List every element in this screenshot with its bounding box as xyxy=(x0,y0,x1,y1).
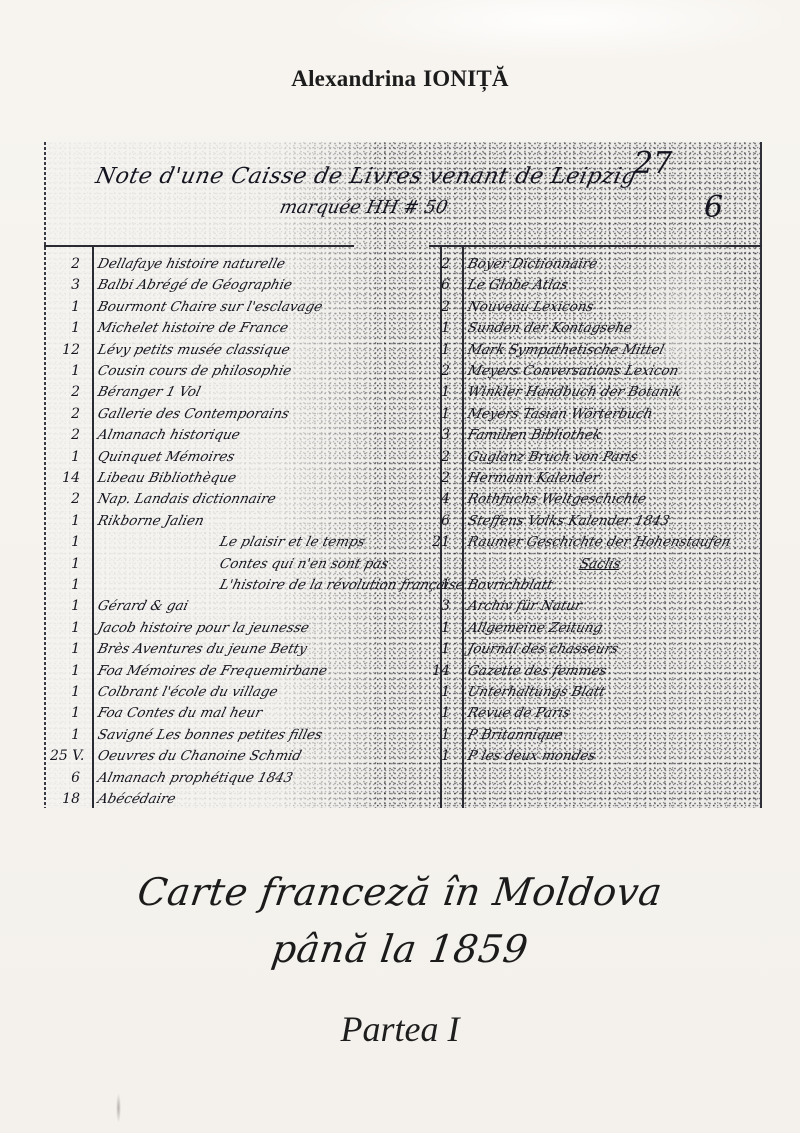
manuscript-row: 1Jacob histoire pour la jeunesse xyxy=(50,612,307,636)
manuscript-row: 1Winkler Handbuch der Botanik xyxy=(420,376,679,400)
book-title-line-1: Carte franceză în Moldova xyxy=(0,870,800,914)
scan-border-left xyxy=(44,142,46,808)
row-quantity: 1 xyxy=(420,748,458,764)
row-quantity: 18 xyxy=(50,791,88,807)
manuscript-row: 2Dellafaye histoire naturelle xyxy=(50,248,283,272)
manuscript-heading: Note d'une Caisse de Livres venant de Le… xyxy=(93,164,639,189)
manuscript-row: 14Gazette des femmes xyxy=(420,655,604,679)
manuscript-row: 1Quinquet Mémoires xyxy=(50,441,232,465)
manuscript-row: 1P les deux mondes xyxy=(420,740,593,764)
author-surname: IONIȚĂ xyxy=(423,66,509,91)
manuscript-row: 1Bovrichblatt xyxy=(420,569,551,593)
manuscript-row: 1Cousin cours de philosophie xyxy=(50,355,289,379)
manuscript-row: 1Mark Sympathetische Mittel xyxy=(420,334,662,358)
cover-smudge xyxy=(116,1093,121,1123)
manuscript-row: 14Libeau Bibliothèque xyxy=(50,462,234,486)
manuscript-row: 2Guglanz Bruch von Paris xyxy=(420,441,635,465)
author-name: AlexandrinaIONIȚĂ xyxy=(0,66,800,92)
manuscript-row: 1Sunden der Kontagsehe xyxy=(420,312,630,336)
manuscript-corner-number: 6 xyxy=(704,190,723,225)
manuscript-row: 1Gérard & gai xyxy=(50,590,186,614)
manuscript-row: 3Familien Bibliothek xyxy=(420,419,599,443)
manuscript-row: 6Almanach prophétique 1843 xyxy=(50,762,290,786)
manuscript-row: 3Archiv für Natur xyxy=(420,590,580,614)
row-entry: Abécédaire xyxy=(88,791,177,807)
scan-border-right xyxy=(760,142,762,808)
manuscript-row: 1Contes qui n'en sont pas xyxy=(50,548,386,572)
manuscript-row: 1Unterhaltungs Blatt xyxy=(420,676,603,700)
manuscript-row: 2Almanach historique xyxy=(50,419,238,443)
manuscript-row: 2Meyers Conversations Lexicon xyxy=(420,355,676,379)
manuscript-row: 1Brès Aventures du jeune Betty xyxy=(50,633,305,657)
manuscript-row: 1Michelet histoire de France xyxy=(50,312,286,336)
manuscript-right-column: 2Boyer Dictionnaire6Le Globe Atlas2Nouve… xyxy=(420,248,760,808)
book-cover: AlexandrinaIONIȚĂ Note d'une Caisse de L… xyxy=(0,0,800,1133)
manuscript-row: 12Lévy petits musée classique xyxy=(50,334,288,358)
manuscript-row: Saclis xyxy=(420,548,618,572)
manuscript-row: 1Allgemeine Zeitung xyxy=(420,612,600,636)
manuscript-row: 1L'histoire de la révolution française xyxy=(50,569,462,593)
manuscript-row: 2Nouveau Lexicons xyxy=(420,291,591,315)
table-rule-right xyxy=(429,245,762,247)
manuscript-row: 1Savigné Les bonnes petites filles xyxy=(50,719,320,743)
manuscript-row: 1Colbrant l'école du village xyxy=(50,676,276,700)
book-title-line-2: până la 1859 xyxy=(0,927,800,971)
manuscript-corner-number: 27 xyxy=(634,146,672,181)
manuscript-row: 4Rothfuchs Weltgeschichte xyxy=(420,483,644,507)
table-rule-left xyxy=(44,245,354,247)
manuscript-row: 1Foa Mémoires de Frequemirbane xyxy=(50,655,325,679)
manuscript-row: 1Bourmont Chaire sur l'esclavage xyxy=(50,291,320,315)
manuscript-row: 2Gallerie des Contemporains xyxy=(50,398,287,422)
manuscript-row: 18Abécédaire xyxy=(50,783,173,807)
manuscript-row: 1Rikborne Jalien xyxy=(50,505,202,529)
manuscript-row: 2Nap. Landais dictionnaire xyxy=(50,483,274,507)
manuscript-row: 25 V.Oeuvres du Chanoine Schmid xyxy=(50,740,299,764)
manuscript-row: 1Meyers Tasian Wörterbuch xyxy=(420,398,650,422)
manuscript-row: 2Hermann Kalender xyxy=(420,462,597,486)
manuscript-row: 6Le Globe Atlas xyxy=(420,269,566,293)
manuscript-row: 1P Britannique xyxy=(420,719,561,743)
manuscript-left-column: 2Dellafaye histoire naturelle3Balbi Abré… xyxy=(50,248,430,808)
manuscript-row: 1Revue de Paris xyxy=(420,697,568,721)
manuscript-row: 2Béranger 1 Vol xyxy=(50,376,198,400)
manuscript-row: 3Balbi Abrégé de Géographie xyxy=(50,269,290,293)
manuscript-row: 6Steffens Volks Kalender 1843 xyxy=(420,505,667,529)
manuscript-scan: Note d'une Caisse de Livres venant de Le… xyxy=(44,142,762,808)
manuscript-row: 1Le plaisir et le temps xyxy=(50,526,363,550)
manuscript-row: 1Foa Contes du mal heur xyxy=(50,697,260,721)
manuscript-row: 21Raumer Geschichte der Hohenstaufen xyxy=(420,526,728,550)
book-part-label: Partea I xyxy=(0,1008,800,1050)
manuscript-row: 2Boyer Dictionnaire xyxy=(420,248,595,272)
row-entry: P les deux mondes xyxy=(458,748,597,764)
manuscript-row: 1Journal des chasseurs xyxy=(420,633,616,657)
author-first-name: Alexandrina xyxy=(291,66,416,91)
manuscript-marking: marquée HH # 50 xyxy=(278,197,450,218)
